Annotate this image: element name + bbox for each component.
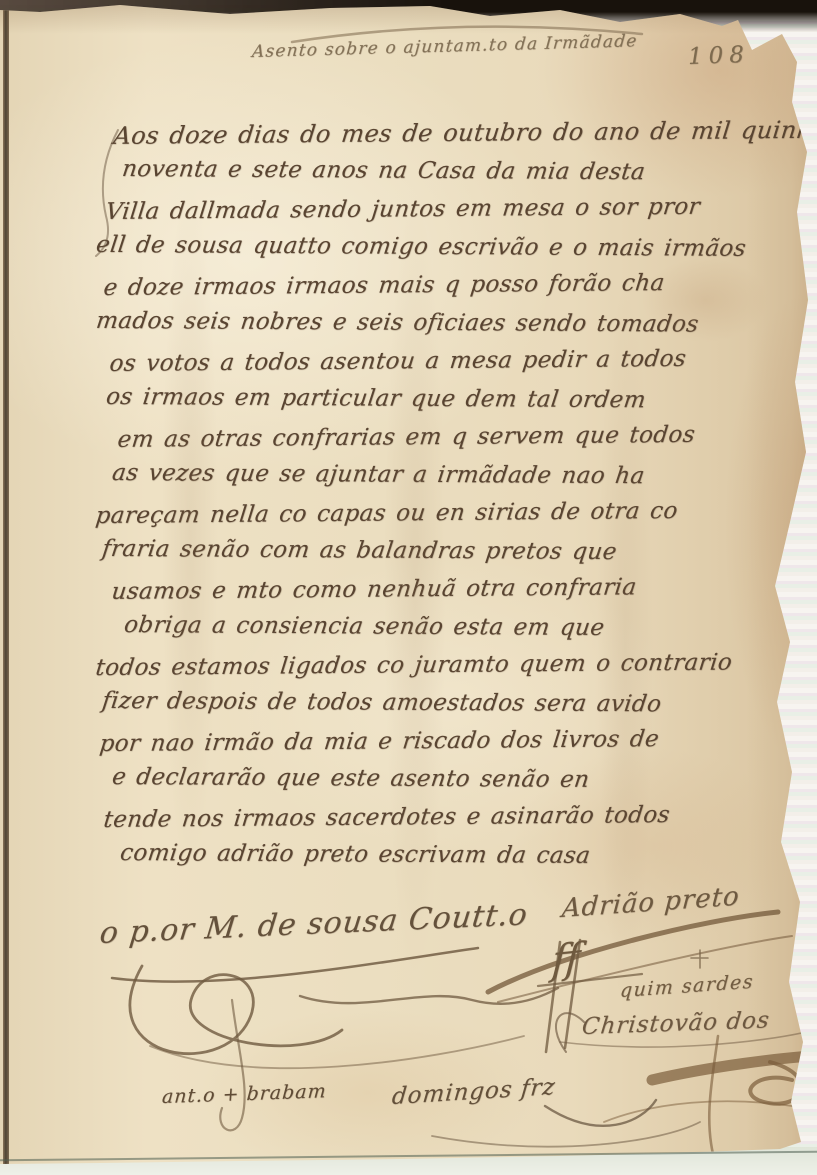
- signature-bottom-middle: domingos frz: [391, 1074, 557, 1110]
- signature-right-third: Christovão dos: [581, 1007, 772, 1040]
- signature-provedor: o p.or M. de sousa Coutt.o: [98, 897, 530, 951]
- right-signature-sweep: [488, 912, 778, 992]
- left-rubric-descender: [220, 1000, 244, 1130]
- manuscript-line: ell de sousa quatto comigo escrivão e o …: [94, 226, 798, 268]
- manuscript-line: fizer despois de todos amoestados sera a…: [94, 682, 798, 724]
- manuscript-line: pareçam nella co capas ou en sirias de o…: [93, 491, 798, 535]
- manuscript-line: obriga a consiencia senão esta em que: [94, 606, 798, 648]
- manuscript-page: Asento sobre o ajuntam.to da Irmãdade 10…: [0, 0, 817, 1175]
- initial-descender: [96, 130, 118, 256]
- manuscript-line: e declararão que este asento senão en: [94, 758, 798, 800]
- binding-gutter-line: [3, 0, 9, 1175]
- ff-monogram-stroke: [546, 942, 560, 1052]
- signature-monogram: ff: [550, 935, 581, 985]
- small-cross-mark: [691, 950, 708, 968]
- signature-right-first: Adrião preto: [561, 881, 741, 924]
- christovao-loop: [556, 1013, 584, 1052]
- folio-number: 108: [688, 42, 751, 70]
- flourish-strokes: [0, 0, 817, 1175]
- christovao-underline: [560, 1032, 806, 1047]
- ff-monogram-stroke: [565, 940, 580, 1048]
- manuscript-scan: { "page": { "folio_number": "108", "head…: [0, 0, 817, 1175]
- manuscript-line: os votos a todos asentou a mesa pedir a …: [93, 339, 798, 383]
- left-rubric-tail: [150, 1036, 524, 1068]
- manuscript-line: Aos doze dias do mes de outubro do ano d…: [93, 111, 798, 155]
- right-signature-sweep-2: [498, 936, 792, 1002]
- domingos-tail: [545, 1100, 656, 1126]
- manuscript-line: e doze irmaos irmaos mais q posso forão …: [93, 263, 798, 307]
- bottom-right-rubric-tail: [604, 1101, 792, 1122]
- manuscript-line: comigo adrião preto escrivam da casa: [94, 834, 798, 876]
- manuscript-line: em as otras confrarias em q servem que t…: [93, 415, 798, 459]
- signature-right-second: quim sardes: [619, 971, 755, 1003]
- manuscript-line: Villa dallmada sendo juntos em mesa o so…: [93, 187, 798, 231]
- signature-bottom-left: ant.o + brabam: [161, 1080, 327, 1108]
- manuscript-line: tende nos irmaos sacerdotes e asinarão t…: [93, 795, 798, 839]
- left-rubric-loops: [130, 966, 342, 1054]
- header-annotation: Asento sobre o ajuntam.to da Irmãdade: [251, 31, 638, 62]
- manuscript-line: os irmaos em particular que dem tal orde…: [94, 378, 798, 420]
- ink-layer: Asento sobre o ajuntam.to da Irmãdade 10…: [0, 0, 817, 1175]
- left-rubric-squiggle: [300, 988, 558, 1004]
- manuscript-line: as vezes que se ajuntar a irmãdade nao h…: [94, 454, 798, 496]
- bottom-right-rubric-descender: [709, 1036, 718, 1158]
- manuscript-line: fraria senão com as balandras pretos que: [94, 530, 798, 572]
- manuscript-line: noventa e sete anos na Casa da mia desta: [94, 150, 798, 192]
- header-flourish: [292, 27, 642, 42]
- ff-monogram-crossbar: [538, 974, 642, 986]
- manuscript-line: por nao irmão da mia e riscado dos livro…: [93, 719, 798, 763]
- provedor-underline: [112, 948, 478, 982]
- manuscript-body: Aos doze dias do mes de outubro do ano d…: [96, 114, 796, 874]
- bottom-right-rubric-bar: [652, 1056, 812, 1080]
- manuscript-line: todos estamos ligados co juramto quem o …: [93, 643, 798, 687]
- manuscript-line: mados seis nobres e seis oficiaes sendo …: [94, 302, 798, 344]
- domingos-underline: [432, 1122, 700, 1147]
- manuscript-line: usamos e mto como nenhuã otra confraria: [93, 567, 798, 611]
